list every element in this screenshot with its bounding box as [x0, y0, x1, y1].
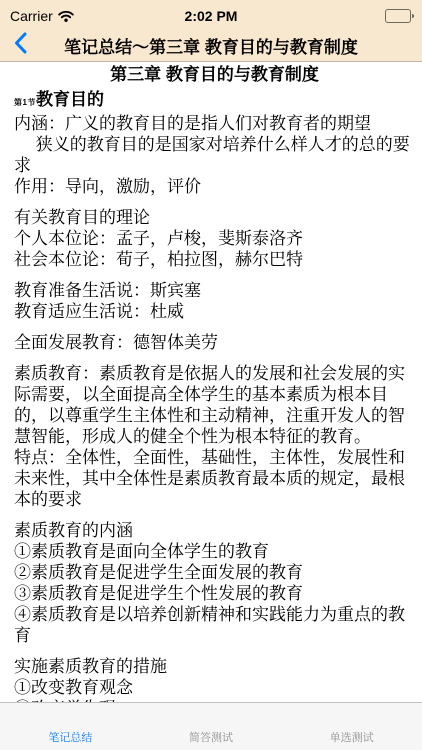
nav-title: 笔记总结～第三章 教育目的与教育制度	[10, 33, 412, 58]
notes-paragraph: 有关教育目的理论 个人本位论：孟子，卢梭，斐斯泰洛齐 社会本位论：荀子，柏拉图，…	[14, 207, 415, 270]
notes-paragraph: 教育准备生活说：斯宾塞 教育适应生活说：杜威	[14, 280, 415, 322]
notes-paragraph: 实施素质教育的措施 ①改变教育观念 ②改变学生观	[14, 656, 415, 702]
status-right	[385, 9, 414, 23]
section-title: 教育目的	[36, 90, 104, 109]
chapter-title: 第三章 教育目的与教育制度	[14, 64, 415, 85]
section-heading: 第1节教育目的	[14, 89, 415, 113]
status-bar: Carrier 2:02 PM	[0, 0, 422, 30]
carrier-label: Carrier	[10, 8, 53, 24]
tab-notes-summary[interactable]: 笔记总结	[0, 703, 141, 750]
status-left: Carrier	[10, 8, 74, 24]
tab-bar: 笔记总结 简答测试 单选测试	[0, 702, 422, 750]
wifi-icon	[58, 10, 74, 22]
tab-short-answer-test[interactable]: 简答测试	[141, 703, 282, 750]
back-button[interactable]	[8, 30, 33, 61]
section-number: 第1节	[14, 98, 36, 107]
notes-paragraph: 素质教育：素质教育是依据人的发展和社会发展的实际需要，以全面提高全体学生的基本素…	[14, 363, 415, 510]
header: Carrier 2:02 PM	[0, 0, 422, 62]
notes-paragraph: 全面发展教育：德智体美劳	[14, 332, 415, 353]
chevron-left-icon	[14, 32, 27, 59]
nav-bar: 笔记总结～第三章 教育目的与教育制度	[0, 30, 422, 61]
battery-icon	[385, 9, 414, 23]
notes-scroll-area[interactable]: 第三章 教育目的与教育制度 第1节教育目的 内涵：广义的教育目的是指人们对教育者…	[0, 62, 422, 702]
tab-multiple-choice-test[interactable]: 单选测试	[281, 703, 422, 750]
notes-paragraph: 内涵：广义的教育目的是指人们对教育者的期望 狭义的教育目的是国家对培养什么样人才…	[14, 113, 415, 197]
notes-paragraph: 素质教育的内涵 ①素质教育是面向全体学生的教育 ②素质教育是促进学生全面发展的教…	[14, 520, 415, 646]
app-screen: Carrier 2:02 PM	[0, 0, 422, 750]
